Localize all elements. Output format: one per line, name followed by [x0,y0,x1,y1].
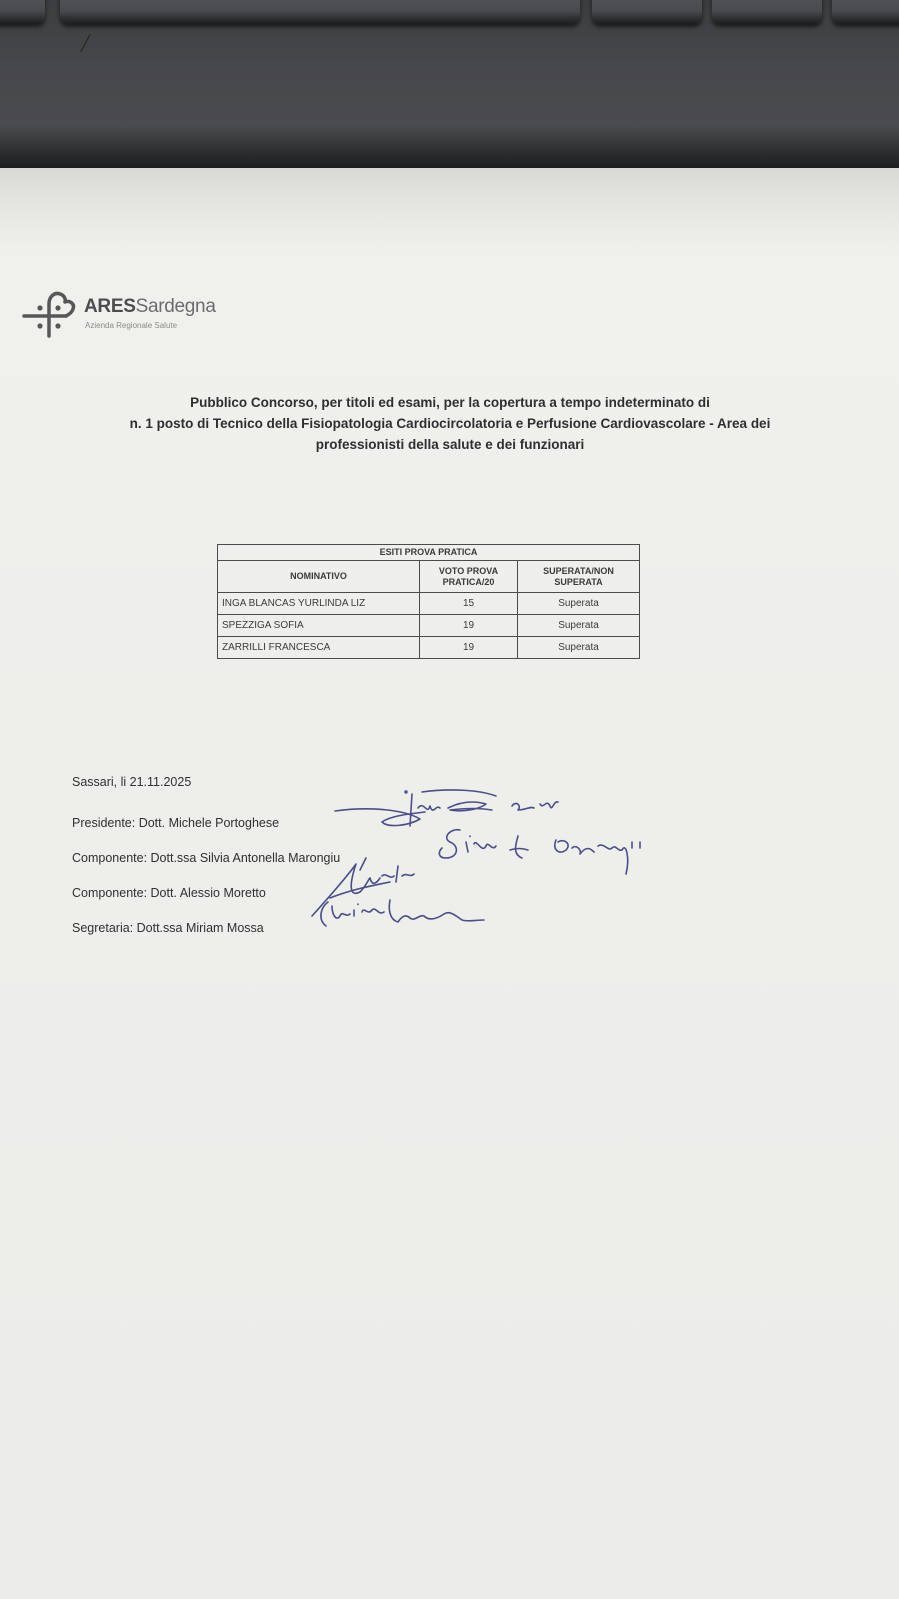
column-header-score-line: PRATICA/20 [424,577,513,588]
cell-outcome: Superata [518,637,640,659]
column-header-outcome: SUPERATA/NON SUPERATA [518,561,640,593]
table-row: INGA BLANCAS YURLINDA LIZ 15 Superata [218,593,640,615]
table-row: ZARRILLI FRANCESCA 19 Superata [218,637,640,659]
ares-logo: ARESSardegna Azienda Regionale Salute [22,288,242,340]
cell-score: 19 [420,615,518,637]
column-header-outcome-line: SUPERATA [522,577,635,588]
keyboard-spacebar [60,0,580,24]
cell-name: INGA BLANCAS YURLINDA LIZ [218,593,420,615]
keyboard-key [712,0,822,24]
cell-name: ZARRILLI FRANCESCA [218,637,420,659]
cell-score: 15 [420,593,518,615]
cell-score: 19 [420,637,518,659]
logo-brand-bold: ARES [84,296,136,317]
column-header-name: NOMINATIVO [218,561,420,593]
handwritten-signatures [290,786,750,956]
keyboard-key [0,0,45,24]
surface-scratch [80,34,90,52]
heading-line-2: n. 1 posto di Tecnico della Fisiopatolog… [20,413,880,434]
column-header-score: VOTO PROVA PRATICA/20 [420,561,518,593]
heading-line-1: Pubblico Concorso, per titoli ed esami, … [20,392,880,413]
logo-subtitle: Azienda Regionale Salute [85,321,177,330]
keyboard-background [0,0,899,168]
column-header-outcome-line: SUPERATA/NON [522,566,635,577]
keyboard-key [832,0,899,24]
document-page: ARESSardegna Azienda Regionale Salute Pu… [0,168,899,1599]
committee-president: Presidente: Dott. Michele Portoghese [72,816,279,830]
committee-secretary: Segretaria: Dott.ssa Miriam Mossa [72,921,264,935]
cell-outcome: Superata [518,593,640,615]
column-header-score-line: VOTO PROVA [424,566,513,577]
logo-brand-light: Sardegna [136,296,216,317]
keyboard-key [592,0,702,24]
table-row: SPEZZIGA SOFIA 19 Superata [218,615,640,637]
logo-wordmark: ARESSardegna [84,296,216,318]
table-title: ESITI PROVA PRATICA [218,545,640,561]
cell-outcome: Superata [518,615,640,637]
results-table: ESITI PROVA PRATICA NOMINATIVO VOTO PROV… [217,544,640,659]
ares-cross-heart-icon [22,288,76,338]
document-heading: Pubblico Concorso, per titoli ed esami, … [20,392,880,455]
committee-member: Componente: Dott. Alessio Moretto [72,886,266,900]
cell-name: SPEZZIGA SOFIA [218,615,420,637]
place-date: Sassari, li 21.11.2025 [72,775,191,789]
heading-line-3: professionisti della salute e dei funzio… [20,434,880,455]
